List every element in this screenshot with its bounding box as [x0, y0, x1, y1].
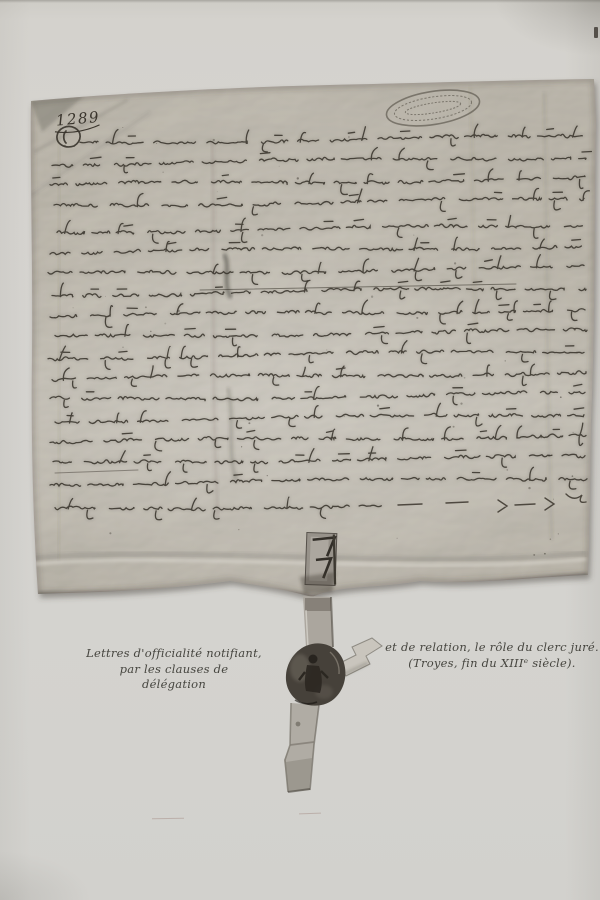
ink-speck — [109, 532, 111, 534]
ink-speck — [248, 422, 250, 424]
caption-right-line1: et de relation, le rôle du clerc juré. — [384, 640, 600, 656]
ink-speck — [122, 127, 123, 128]
ink-speck — [553, 499, 554, 500]
page-header-text-fragment — [594, 27, 598, 38]
ink-speck — [343, 416, 345, 418]
ink-speck — [413, 234, 414, 235]
ink-speck — [64, 145, 65, 146]
ink-speck — [550, 538, 551, 539]
ink-speck — [261, 234, 263, 236]
caption-right-line2: (Troyes, fin du XIIIᵉ siècle). — [384, 656, 600, 672]
ink-speck — [241, 446, 242, 447]
ink-speck — [217, 191, 218, 192]
ink-speck — [540, 436, 542, 438]
ink-speck — [528, 487, 530, 489]
ink-speck — [297, 177, 299, 179]
ink-speck — [279, 166, 280, 167]
ink-speck — [73, 307, 74, 308]
ink-speck — [548, 454, 550, 456]
ink-speck — [460, 403, 462, 405]
ink-speck — [145, 306, 147, 308]
ink-speck — [576, 351, 577, 352]
book-page-photo: 1289 — [0, 0, 600, 900]
ink-speck — [544, 553, 546, 555]
ink-speck — [326, 350, 327, 351]
ink-speck — [156, 143, 157, 144]
manuscript-photograph: 1289 — [0, 0, 600, 900]
caption-left-line2: par les clauses de délégation — [86, 662, 262, 693]
year-annotation-text: 1289 — [55, 108, 101, 130]
ink-speck — [453, 426, 455, 428]
ink-speck — [267, 475, 268, 476]
seal-tag-lower — [284, 703, 319, 792]
ink-speck — [515, 228, 517, 230]
caption-left-line1: Lettres d'officialité notifiant, — [86, 646, 262, 662]
ink-speck — [573, 432, 574, 433]
ink-speck — [572, 475, 574, 477]
parchment-charter — [30, 79, 598, 601]
ink-speck — [105, 296, 106, 297]
ink-speck — [506, 469, 508, 471]
ink-speck — [348, 136, 350, 138]
seal-tag-upper — [303, 596, 333, 648]
ink-speck — [122, 347, 123, 348]
ink-speck — [464, 377, 466, 379]
caption-left: Lettres d'officialité notifiant, par les… — [86, 646, 262, 693]
ink-speck — [164, 323, 166, 325]
ink-speck — [213, 139, 215, 141]
ink-speck — [377, 404, 379, 406]
ink-speck — [505, 360, 506, 361]
ink-speck — [238, 529, 239, 530]
ink-speck — [560, 396, 562, 398]
ink-speck — [574, 329, 576, 331]
ink-speck — [533, 554, 535, 556]
wax-seal — [286, 643, 346, 705]
caption-right: et de relation, le rôle du clerc juré. (… — [384, 640, 600, 671]
ink-speck — [150, 331, 152, 333]
ink-speck — [416, 317, 418, 319]
ink-speck — [177, 310, 179, 312]
ink-speck — [454, 262, 456, 264]
ink-speck — [236, 311, 237, 312]
ink-speck — [163, 172, 164, 173]
ink-speck — [558, 533, 559, 534]
ink-speck — [371, 296, 373, 298]
ink-speck — [397, 538, 398, 539]
